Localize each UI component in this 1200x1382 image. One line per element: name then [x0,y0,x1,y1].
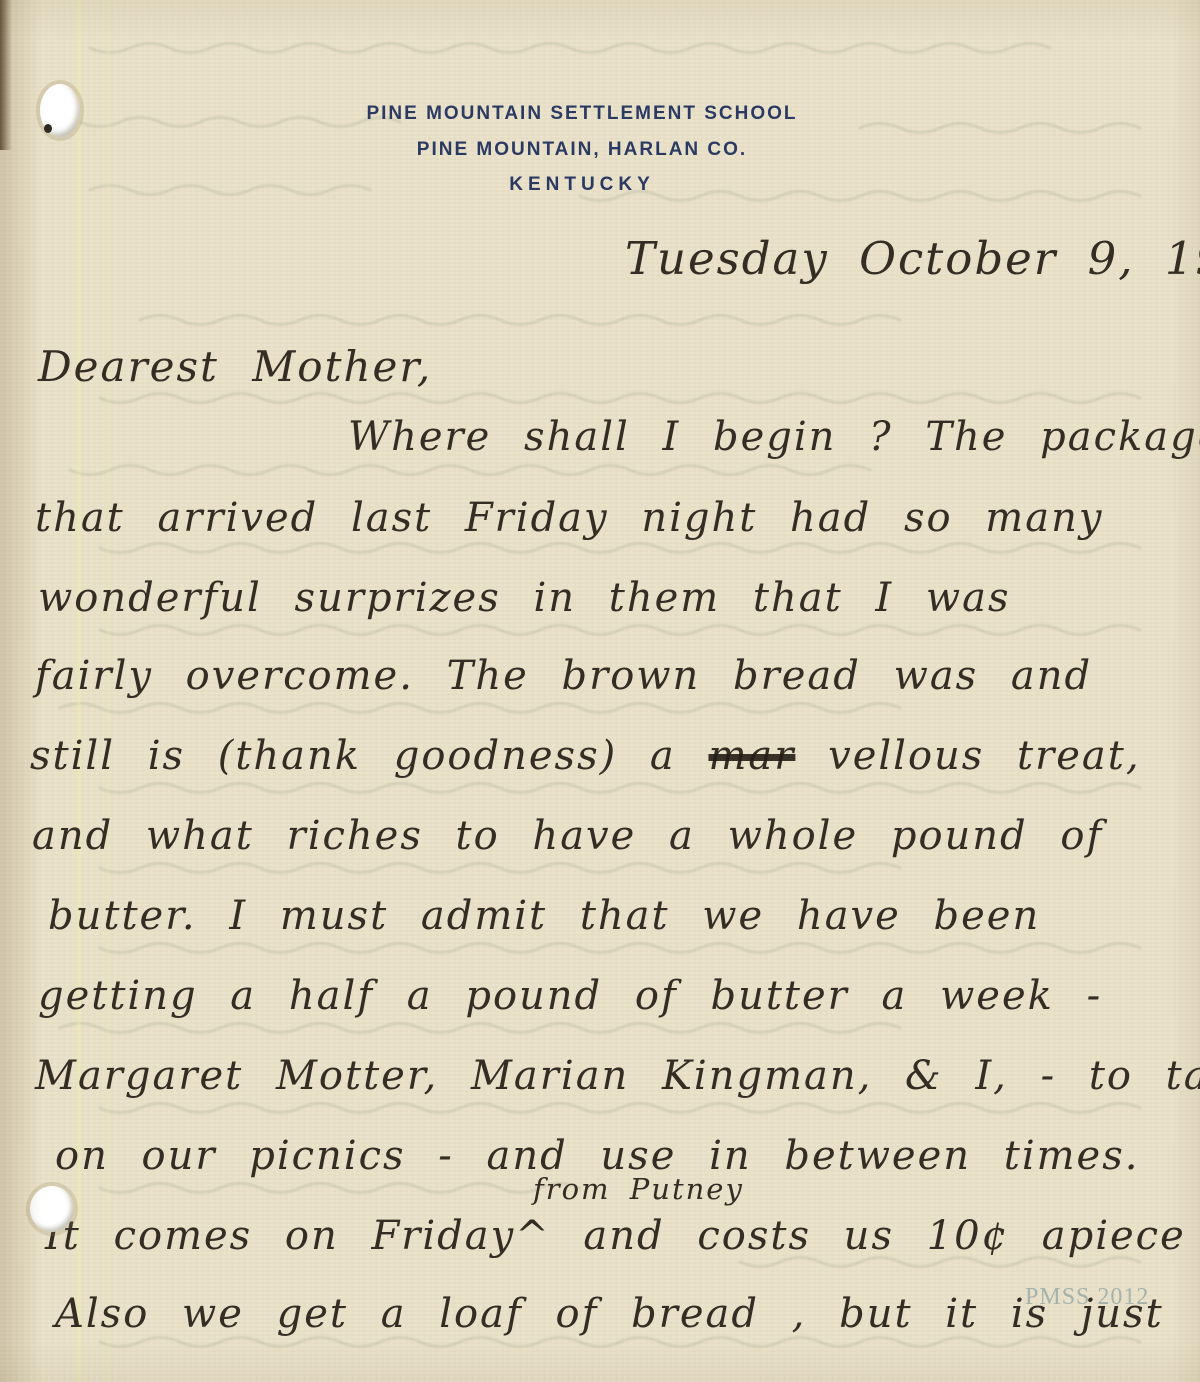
letterhead-school-name: PINE MOUNTAIN SETTLEMENT SCHOOL [0,103,1164,125]
letter-line: Where shall I begin ? The packages [348,414,1200,460]
insertion-note: from Putney [533,1172,744,1206]
letterhead: PINE MOUNTAIN SETTLEMENT SCHOOL PINE MOU… [0,103,1164,196]
letter-line: Also we get a loaf of bread , but it is … [55,1291,1164,1337]
letter-line: fairly overcome. The brown bread was and [35,653,1092,699]
archive-watermark: PMSS 2012 [1025,1284,1149,1311]
line-segment: vellous treat, [795,733,1140,779]
hole-punch-bottom [30,1186,74,1232]
letter-line: It comes on Friday^ and costs us 10¢ api… [45,1213,1200,1259]
strikethrough-word: mar [708,733,795,779]
letter-line: that arrived last Friday night had so ma… [35,495,1103,541]
letterhead-state: KENTUCKY [0,174,1164,196]
letter-page: PINE MOUNTAIN SETTLEMENT SCHOOL PINE MOU… [0,0,1200,1382]
letter-line: wonderful surprizes in them that I was [38,575,1011,621]
line-segment: still is (thank goodness) a [30,733,708,779]
letter-line: and what riches to have a whole pound of [32,813,1103,859]
letterhead-location: PINE MOUNTAIN, HARLAN CO. [0,139,1164,161]
salutation: Dearest Mother, [38,342,432,391]
letter-line: still is (thank goodness) a mar vellous … [30,733,1141,779]
letter-line: butter. I must admit that we have been [48,893,1040,939]
letter-line: getting a half a pound of butter a week … [38,973,1102,1019]
letter-line: Margaret Motter, Marian Kingman, & I, - … [35,1053,1200,1099]
date-line: Tuesday October 9, 1928. [625,232,1200,285]
ink-speck [44,124,52,133]
